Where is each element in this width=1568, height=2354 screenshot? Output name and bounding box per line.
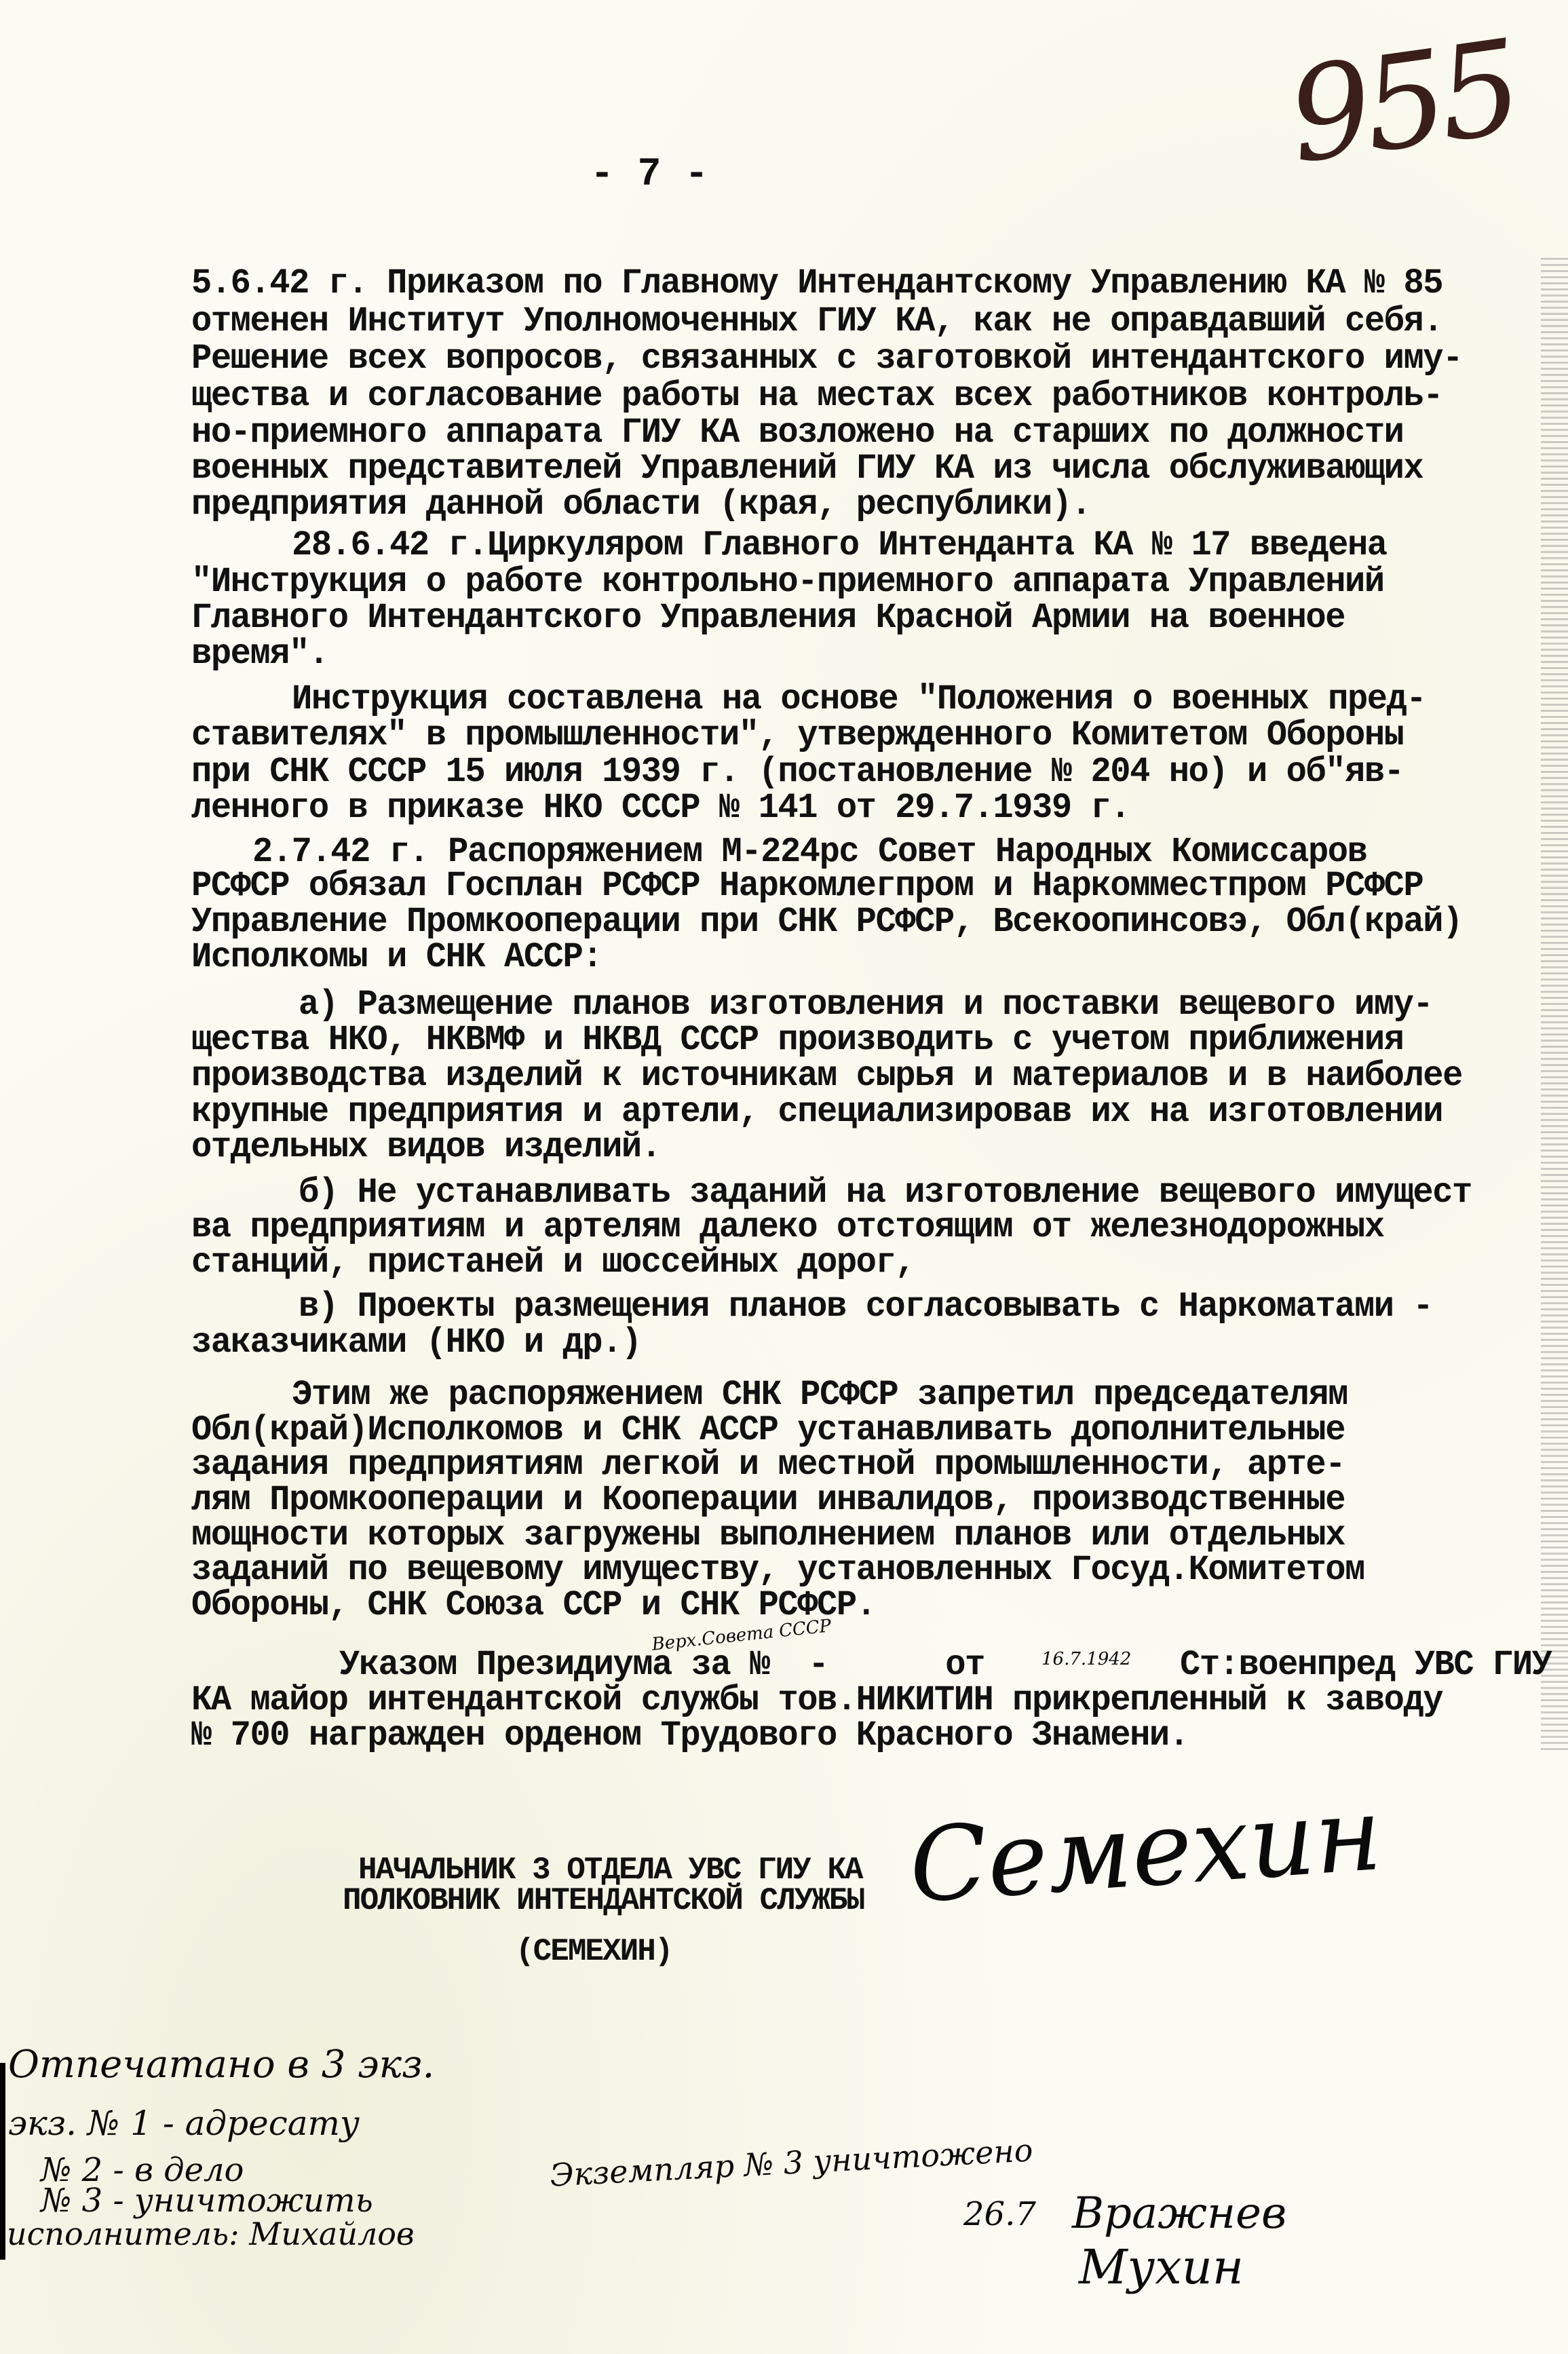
archive-folio-number: 955	[1280, 12, 1524, 192]
text-line: щества и согласование работы на местах в…	[191, 379, 1442, 414]
text-line: лям Промкооперации и Кооперации инвалидо…	[191, 1483, 1345, 1518]
text-line: в) Проекты размещения планов согласовыва…	[299, 1289, 1432, 1325]
text-line: ва предприятиям и артелям далеко отстоящ…	[191, 1210, 1384, 1245]
text-line: задания предприятиям легкой и местной пр…	[191, 1447, 1345, 1483]
text-line: 28.6.42 г.Циркуляром Главного Интенданта…	[292, 528, 1387, 563]
text-line: ставителях" в промышленности", утвержден…	[191, 718, 1403, 753]
text-line: отменен Институт Уполномоченных ГИУ КА, …	[191, 304, 1442, 339]
text-line: КА майор интендантской службы тов.НИКИТИ…	[191, 1683, 1442, 1718]
text-line: б) Не устанавливать заданий на изготовле…	[299, 1175, 1472, 1211]
page-number: - 7 -	[590, 153, 708, 197]
copy-destroyed-note: Экземпляр № 3 уничтожено	[549, 2131, 1033, 2193]
text-line: Главного Интендантского Управления Красн…	[191, 601, 1345, 636]
signatory-name: (СЕМЕХИН)	[516, 1934, 672, 1969]
text-line: заказчиками (НКО и др.)	[191, 1325, 641, 1361]
text-line: Обл(край)Исполкомов и СНК АССР устанавли…	[191, 1413, 1345, 1448]
text-line: Этим же распоряжением СНК РСФСР запретил…	[292, 1378, 1347, 1413]
signature-vrazhnev: Вражнев	[1072, 2188, 1286, 2239]
text-line: заданий по вещевому имуществу, установле…	[191, 1553, 1364, 1588]
scan-edge-shadow	[1541, 258, 1568, 1751]
text-line: а) Размещение планов изготовления и пост…	[299, 987, 1432, 1023]
executor-note: исполнитель: Михайлов	[7, 2216, 415, 2252]
text-line: Исполкомы и СНК АССР:	[191, 940, 602, 975]
text-line: станций, пристаней и шоссейных дорог,	[191, 1245, 915, 1280]
text-line: 2.7.42 г. Распоряжением М-224рс Совет На…	[252, 835, 1366, 870]
text-line: "Инструкция о работе контрольно-приемног…	[191, 565, 1384, 600]
copy-3-note: № 3 - уничтожить	[41, 2182, 373, 2220]
signature-semekhin: Семехин	[906, 1775, 1385, 1926]
text-line: Решение всех вопросов, связанных с загот…	[191, 341, 1462, 377]
text-line: № 700 награжден орденом Трудового Красно…	[191, 1718, 1189, 1753]
text-line: предприятия данной области (края, респуб…	[191, 487, 1090, 523]
text-line: Указом Президиума за № - от Ст:военпред …	[339, 1648, 1551, 1683]
text-line: производства изделий к источникам сырья …	[191, 1059, 1462, 1094]
printed-copies-note: Отпечатано в 3 экз.	[8, 2043, 434, 2087]
copy-1-note: экз. № 1 - адресату	[8, 2104, 360, 2143]
text-line: крупные предприятия и артели, специализи…	[191, 1095, 1442, 1130]
text-line: Инструкция составлена на основе "Положен…	[292, 682, 1426, 717]
text-line: мощности которых загружены выполнением п…	[191, 1518, 1345, 1553]
margin-mark	[0, 2063, 5, 2260]
text-line: щества НКО, НКВМФ и НКВД СССР производит…	[191, 1023, 1403, 1058]
text-line: 5.6.42 г. Приказом по Главному Интендант…	[191, 266, 1442, 301]
text-line: военных представителей Управлений ГИУ КА…	[191, 451, 1423, 487]
text-line: при СНК СССР 15 июля 1939 г. (постановле…	[191, 755, 1403, 790]
signatory-rank: ПОЛКОВНИК ИНТЕНДАНТСКОЙ СЛУЖБЫ	[343, 1883, 864, 1918]
signature-second: Мухин	[1079, 2239, 1244, 2295]
text-line: ленного в приказе НКО СССР № 141 от 29.7…	[191, 791, 1130, 826]
text-line: отдельных видов изделий.	[191, 1130, 661, 1165]
text-line: Управление Промкооперации при СНК РСФСР,…	[191, 905, 1462, 940]
text-line: Обороны, СНК Союза ССР и СНК РСФСР.	[191, 1588, 875, 1623]
text-line: РСФСР обязал Госплан РСФСР Наркомлегпром…	[191, 869, 1423, 904]
destruction-date: 26.7	[963, 2195, 1036, 2233]
text-line: время".	[191, 637, 328, 672]
text-line: но-приемного аппарата ГИУ КА возложено н…	[191, 415, 1403, 451]
document-page: 955 - 7 - 5.6.42 г. Приказом по Главному…	[0, 0, 1568, 2354]
